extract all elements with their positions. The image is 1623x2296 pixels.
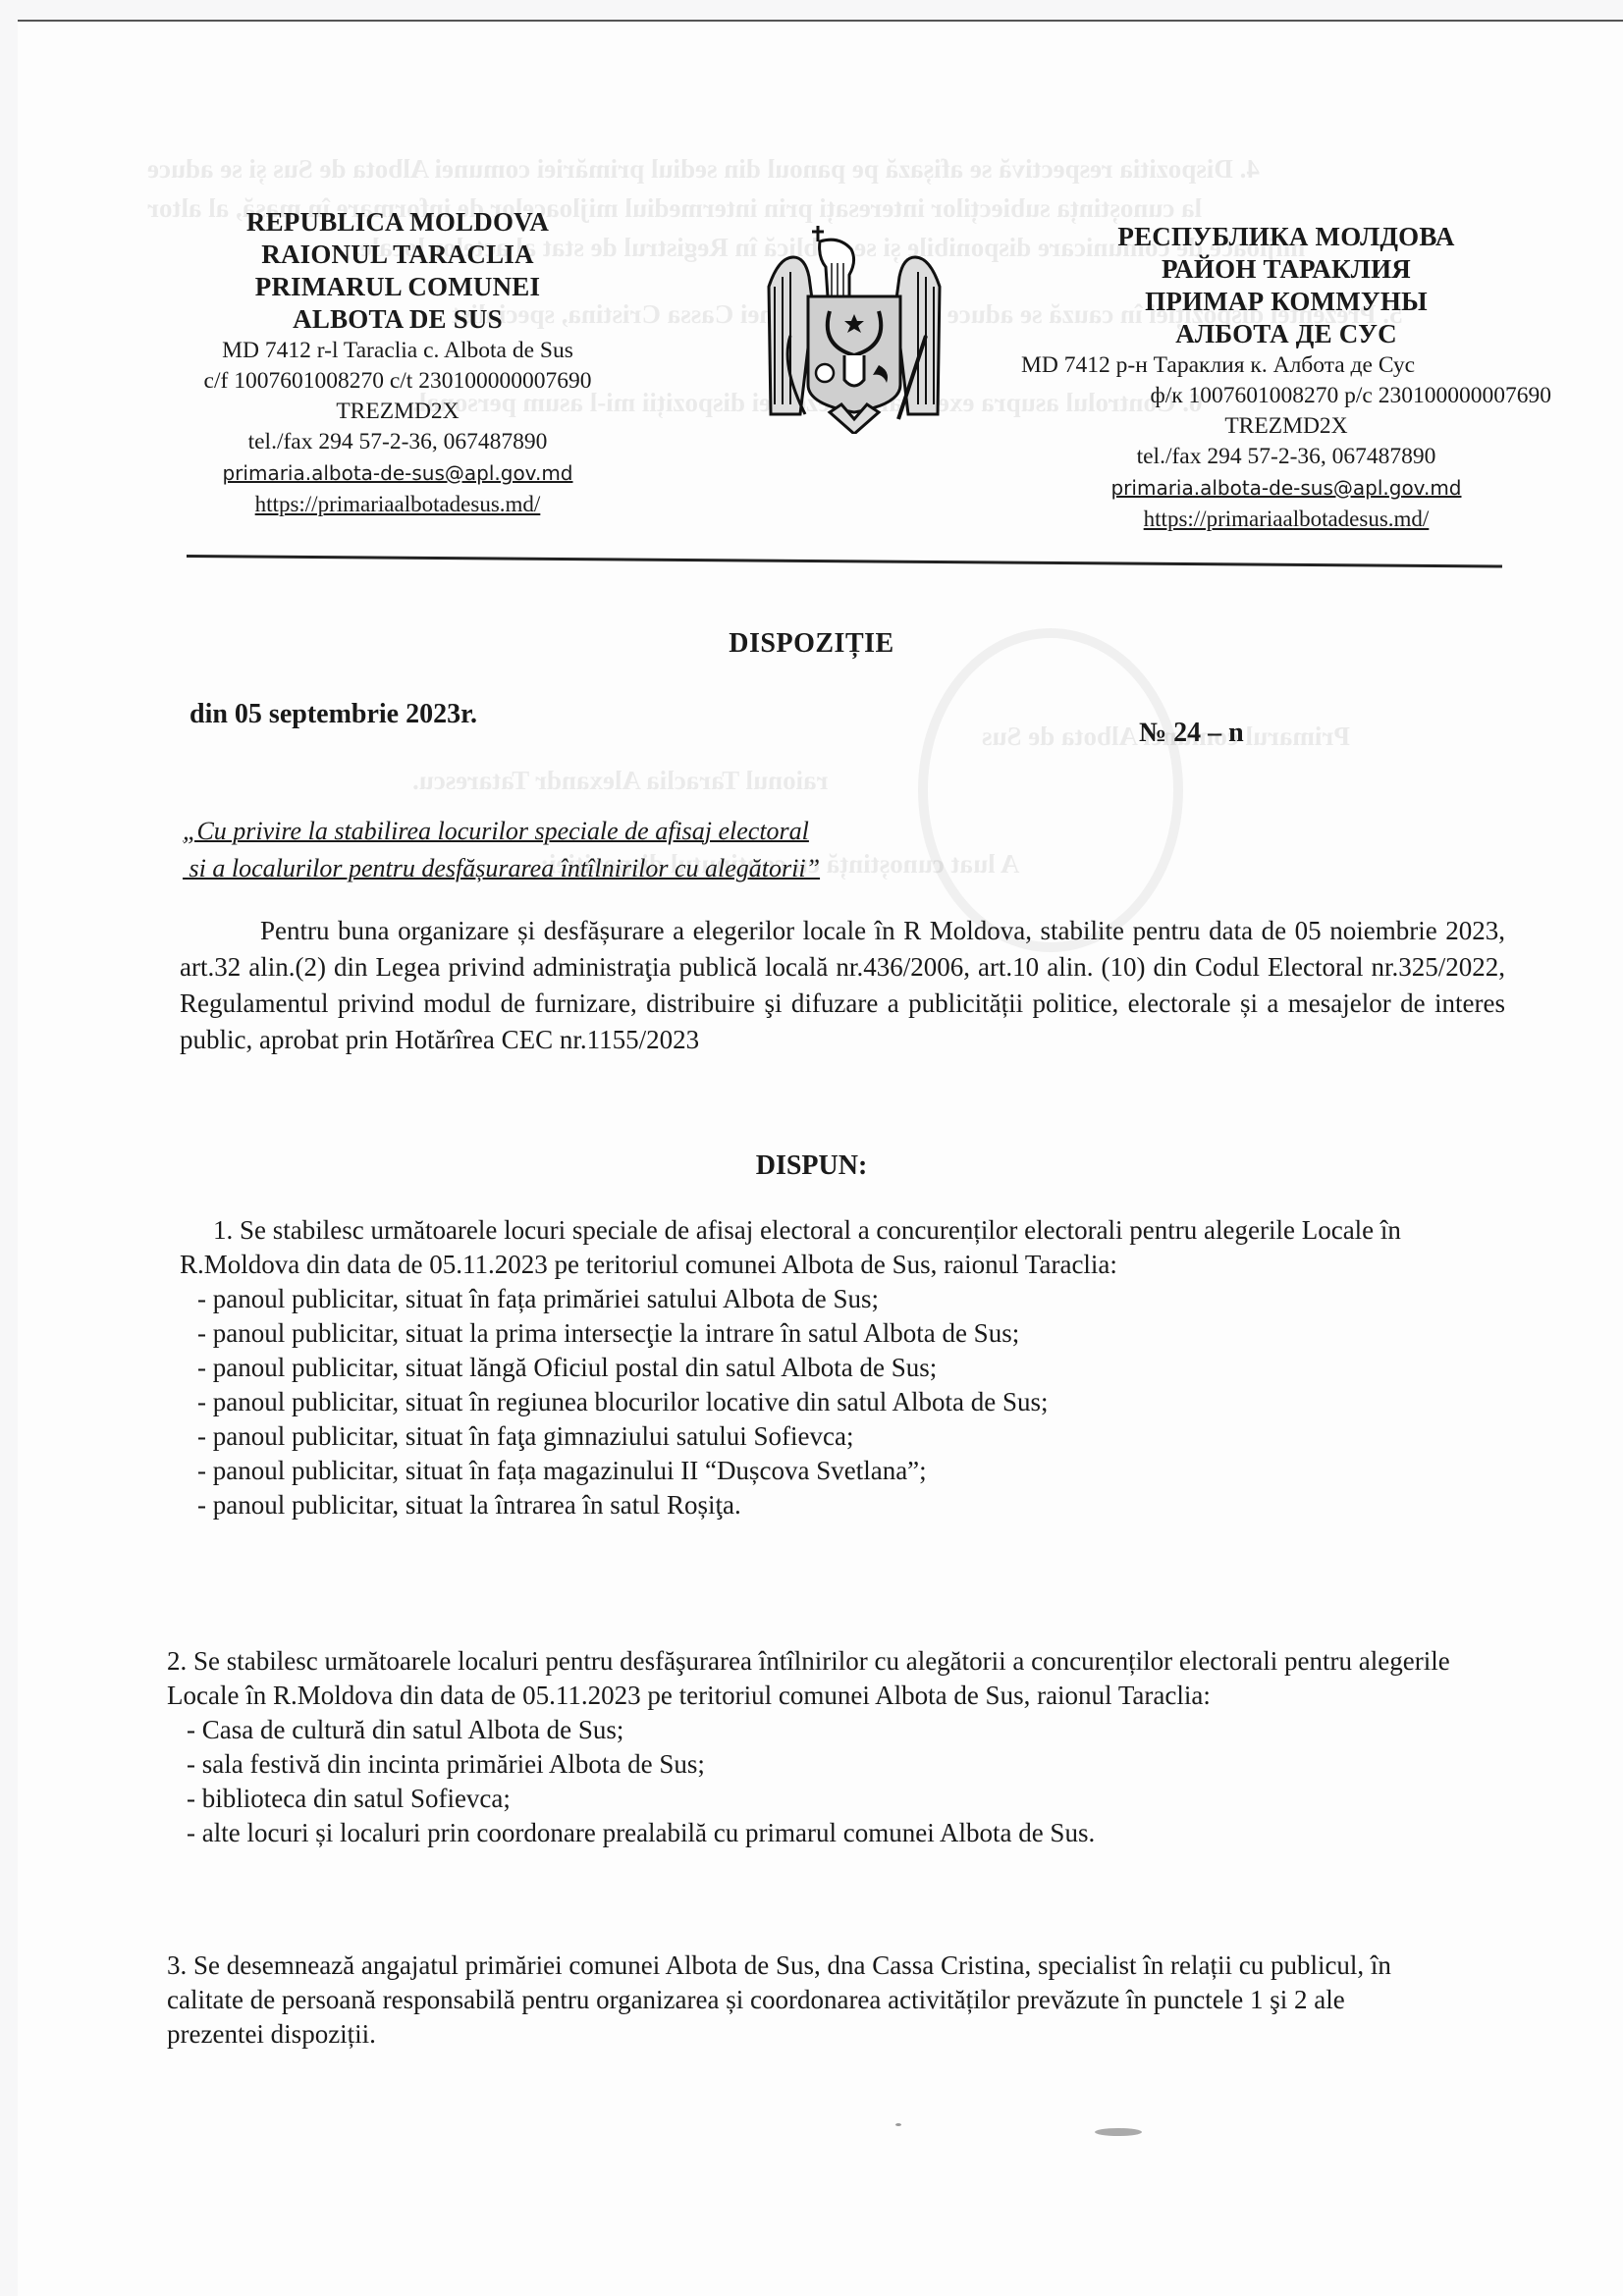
article-1: 1. Se stabilesc următoarele locuri speci… [180, 1213, 1515, 1522]
header-line: ALBOTA DE SUS [157, 303, 638, 336]
subject-line: si a localurilor pentru desfășurarea înt… [183, 850, 820, 887]
bleed-through-text: 4. Dispozitia respectivă se afișază pe p… [147, 149, 1260, 188]
list-item: - panoul publicitar, situat în faţa gimn… [180, 1419, 1515, 1454]
header-russian: РЕСПУБЛИКА МОЛДОВА РАЙОН ТАРАКЛИЯ ПРИМАР… [1021, 221, 1551, 535]
address: MD 7412 r-l Taraclia c. Albota de Sus [157, 336, 638, 366]
scan-speck [1095, 2128, 1142, 2136]
article-lead: 3. Se desemnează angajatul primăriei com… [167, 1949, 1424, 2052]
article-lead: 2. Se stabilesc următoarele localuri pen… [167, 1644, 1502, 1713]
list-item: - panoul publicitar, situat lăngă Oficiu… [180, 1351, 1515, 1385]
website-link[interactable]: https://primariaalbotadesus.md/ [157, 489, 638, 520]
email-link[interactable]: primaria.albota-de-sus@apl.gov.md [1021, 472, 1551, 504]
list-item: - panoul publicitar, situat în fața maga… [180, 1454, 1515, 1488]
header-line: RAIONUL TARACLIA [157, 239, 638, 271]
email-link[interactable]: primaria.albota-de-sus@apl.gov.md [157, 457, 638, 489]
list-item: - panoul publicitar, situat în regiunea … [180, 1385, 1515, 1419]
address: MD 7412 р-н Тараклия к. Албота де Сус [1021, 350, 1551, 381]
header-line: РЕСПУБЛИКА МОЛДОВА [1021, 221, 1551, 253]
scan-speck [895, 2123, 901, 2126]
coat-of-arms-icon [761, 218, 947, 434]
header-romanian: REPUBLICA MOLDOVA RAIONUL TARACLIA PRIMA… [157, 206, 638, 520]
header-line: РАЙОН ТАРАКЛИЯ [1021, 253, 1551, 286]
article-3: 3. Se desemnează angajatul primăriei com… [167, 1949, 1424, 2052]
phone: tel./fax 294 57-2-36, 067487890 [157, 427, 638, 457]
bank-code: TREZMD2X [1021, 411, 1551, 442]
website-link[interactable]: https://primariaalbotadesus.md/ [1021, 504, 1551, 535]
list-item: - biblioteca din satul Sofievca; [167, 1782, 1502, 1816]
article-lead: 1. Se stabilesc următoarele locuri speci… [180, 1213, 1515, 1282]
list-item: - panoul publicitar, situat la prima int… [180, 1316, 1515, 1351]
header-line: ПРИМАР КОММУНЫ [1021, 286, 1551, 318]
preamble: Pentru buna organizare și desfășurare a … [180, 913, 1505, 1058]
document-date: din 05 septembrie 2023r. [189, 699, 477, 730]
bank-code: TREZMD2X [157, 397, 638, 427]
fiscal-code: ф/к 1007601008270 р/с 230100000007690 [1021, 381, 1551, 411]
list-item: - sala festivă din incinta primăriei Alb… [167, 1747, 1502, 1782]
list-item: - Casa de cultură din satul Albota de Su… [167, 1713, 1502, 1747]
document-title: DISPOZIȚIE [0, 628, 1623, 660]
header-line: PRIMARUL COMUNEI [157, 271, 638, 303]
bleed-through-seal [918, 628, 1183, 952]
phone: tel./fax 294 57-2-36, 067487890 [1021, 442, 1551, 472]
header-line: REPUBLICA MOLDOVA [157, 206, 638, 239]
article-2: 2. Se stabilesc următoarele localuri pen… [167, 1644, 1502, 1850]
fiscal-code: c/f 1007601008270 c/t 230100000007690 [157, 366, 638, 397]
list-item: - panoul publicitar, situat la întrarea … [180, 1488, 1515, 1522]
document-number: № 24 – n [1139, 718, 1244, 749]
header-line: АЛБОТА ДЕ СУС [1021, 318, 1551, 350]
subject-line: „Cu privire la stabilirea locurilor spec… [183, 813, 820, 850]
list-item: - alte locuri și localuri prin coordonar… [167, 1816, 1502, 1850]
bleed-through-text: raionul Taraclia Alexandr Tatarescu. [412, 761, 829, 800]
list-item: - panoul publicitar, situat în fața prim… [180, 1282, 1515, 1316]
dispun-heading: DISPUN: [0, 1150, 1623, 1182]
document-subject: „Cu privire la stabilirea locurilor spec… [183, 813, 820, 887]
